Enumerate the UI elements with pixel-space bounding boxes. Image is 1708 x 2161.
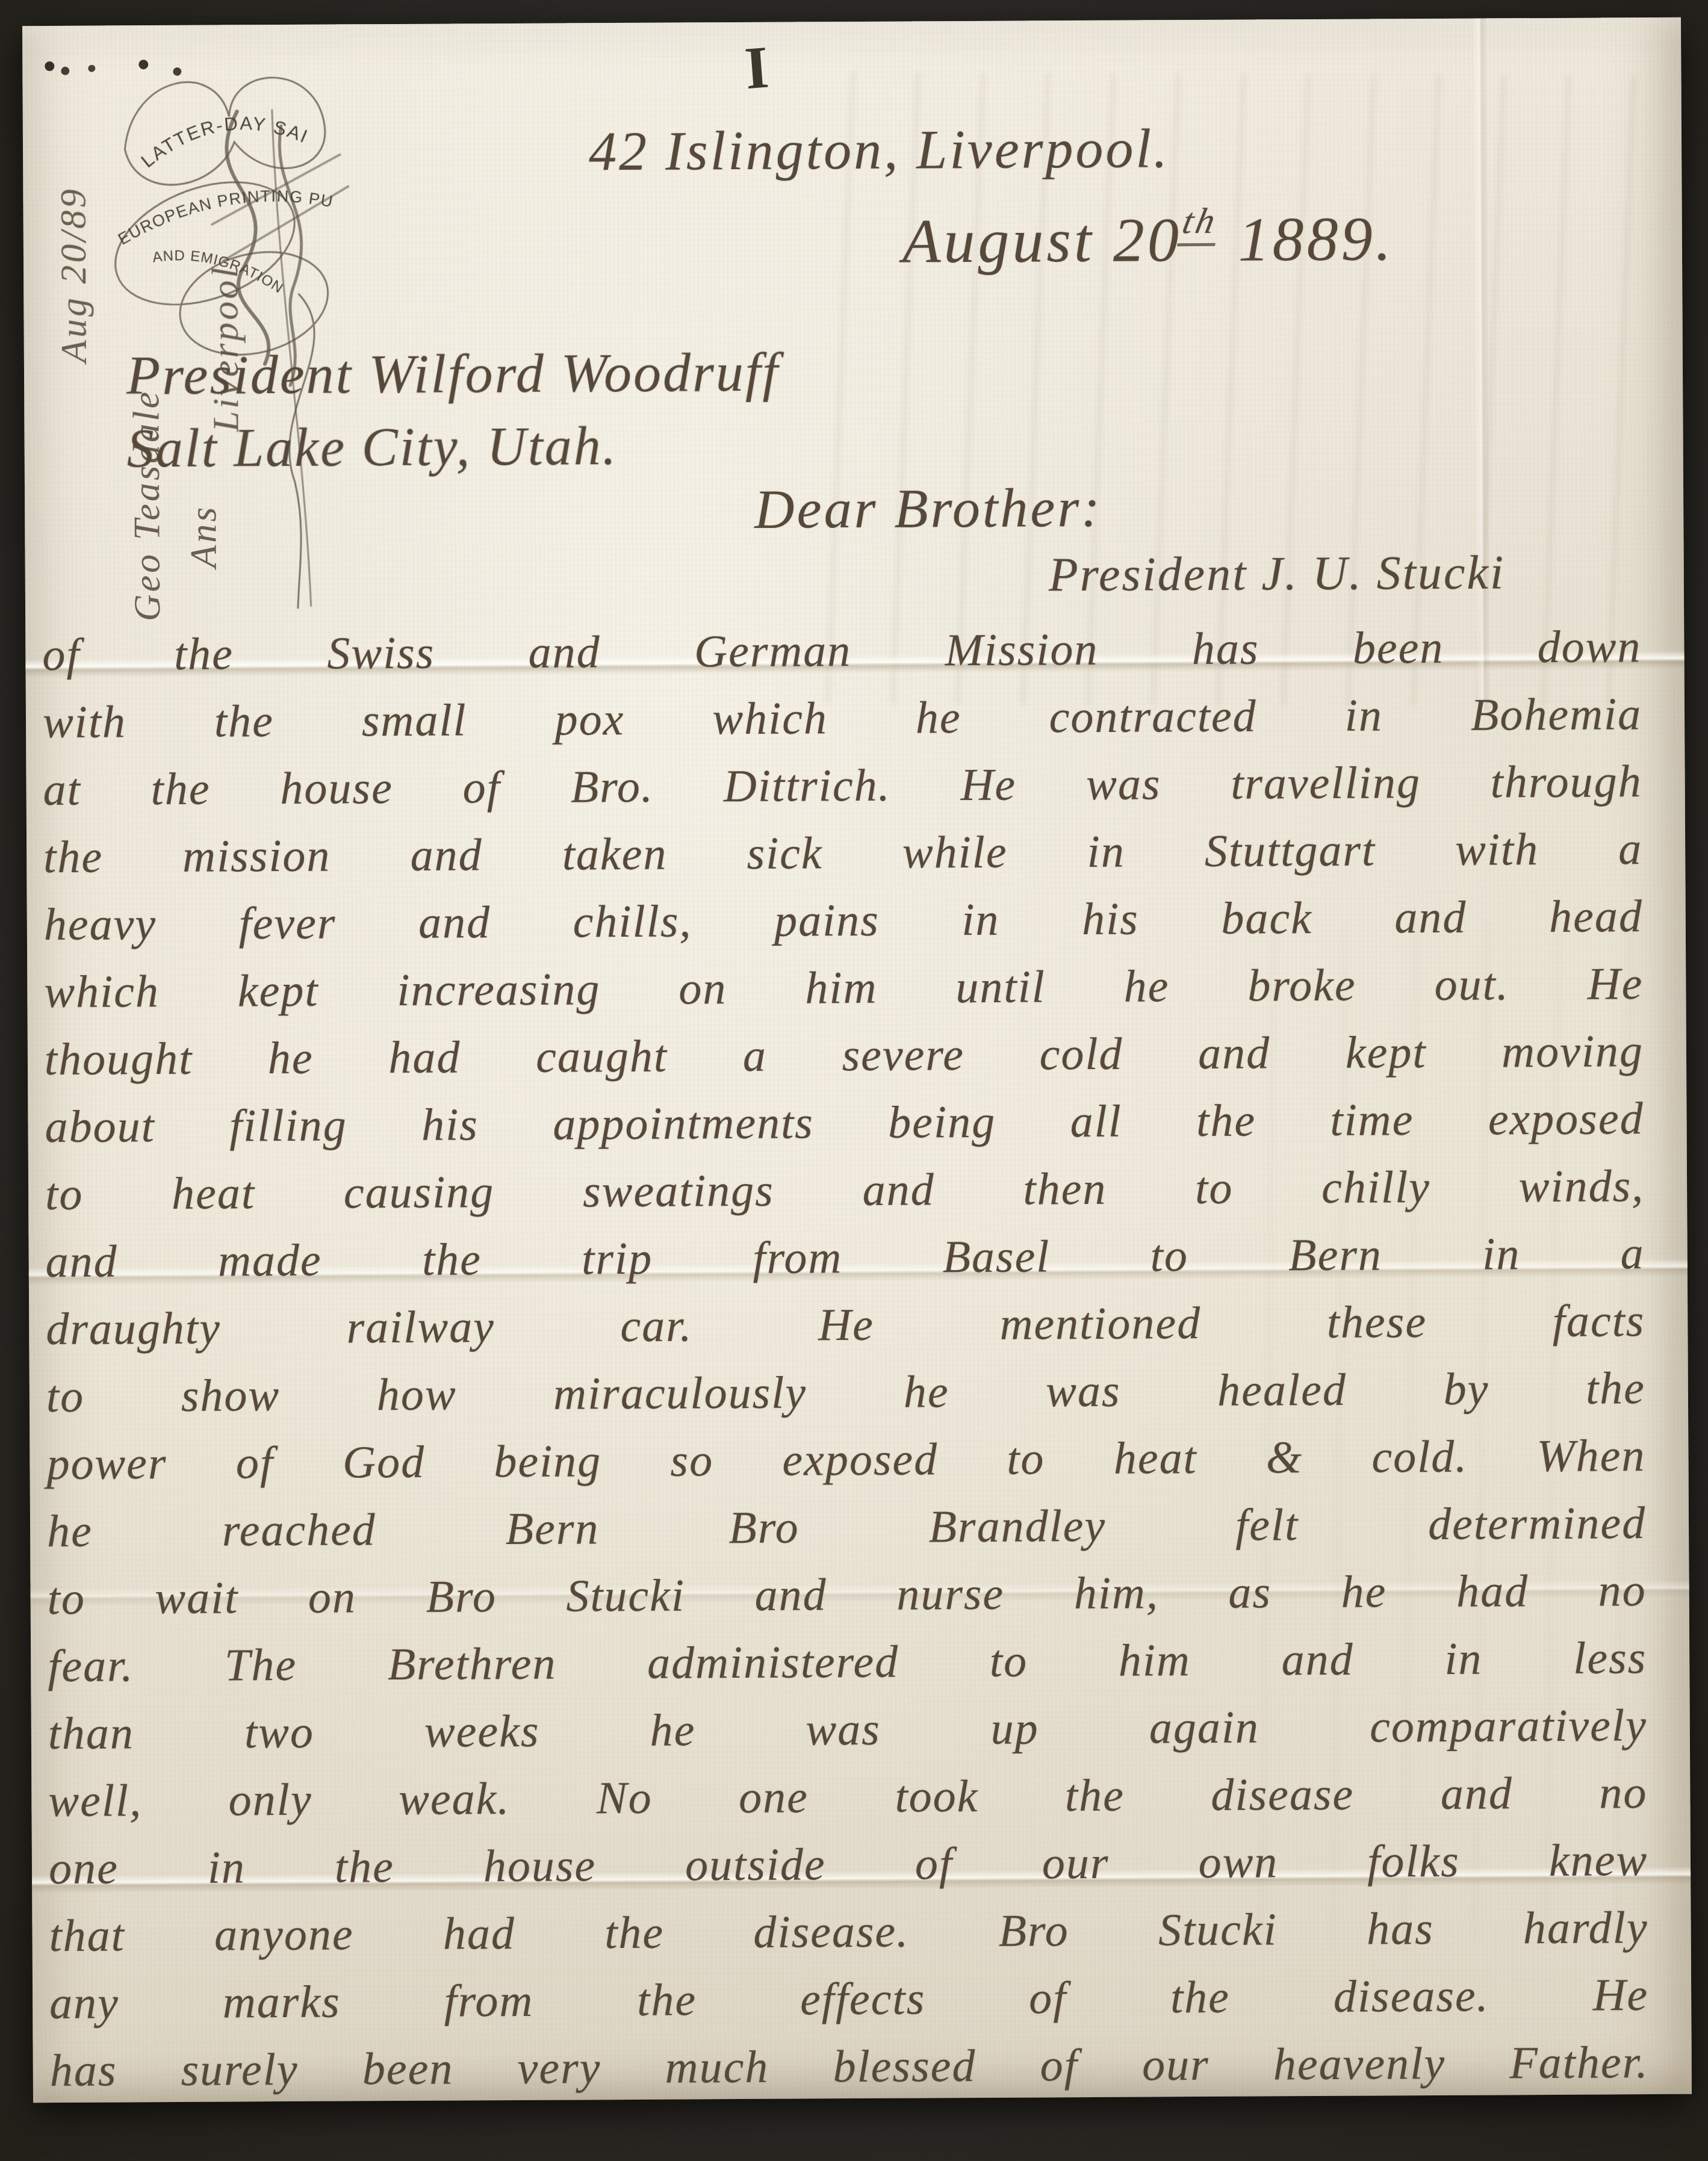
body-line: that anyone had the disease. Bro Stucki … — [49, 1902, 1648, 1962]
stamp-text-bottom: AND EMIGRATION OFFICE. — [72, 26, 287, 317]
date-line: August 20th 1889. — [902, 199, 1394, 277]
body-line: to heat causing sweatings and then to ch… — [45, 1160, 1644, 1221]
body-line: with the small pox which he contracted i… — [43, 688, 1642, 749]
body-line: thought he had caught a severe cold and … — [45, 1025, 1644, 1086]
margin-docket-line: Ans — [182, 504, 226, 568]
body-line: to wait on Bro Stucki and nurse him, as … — [47, 1564, 1646, 1625]
photo-background: I LATTER — [0, 0, 1708, 2161]
body-line: and made the trip from Basel to Bern in … — [46, 1227, 1645, 1288]
recipient-name: President Wilford Woodruff — [126, 340, 780, 408]
margin-docket: Aug 20/89 Geo Teasdale Liverpool Ans — [22, 17, 1681, 26]
dust-specks — [22, 26, 28, 32]
fold-crease-vertical — [1472, 18, 1491, 710]
body-line: to show how miraculously he was healed b… — [46, 1362, 1645, 1423]
body-line: one in the house outside of our own folk… — [49, 1834, 1648, 1895]
address-line: 42 Islington, Liverpool. — [589, 116, 1170, 183]
body-line: than two weeks he was up again comparati… — [48, 1699, 1647, 1760]
svg-text:LATTER-DAY SAINTS': LATTER-DAY SAINTS' — [72, 26, 314, 180]
body-line: any marks from the effects of the diseas… — [49, 1969, 1648, 2030]
body-line: which kept increasing on him until he br… — [44, 958, 1643, 1018]
page-number: I — [742, 32, 772, 103]
date-ordinal: th — [1177, 200, 1224, 246]
body-line: of the Swiss and German Mission has been… — [42, 621, 1641, 681]
body-line: about filling his appointments being all… — [45, 1093, 1644, 1153]
body-line: he reached Bern Bro Brandley felt determ… — [47, 1497, 1646, 1558]
body-line: fear. The Brethren administered to him a… — [48, 1632, 1647, 1693]
svg-text:AND EMIGRATION OFFICE.: AND EMIGRATION OFFICE. — [72, 26, 287, 317]
body-line: at the house of Bro. Dittrich. He was tr… — [43, 755, 1642, 816]
margin-docket-line: Aug 20/89 — [52, 187, 96, 363]
stamp-text-top: LATTER-DAY SAINTS' — [72, 26, 314, 180]
body-line: heavy fever and chills, pains in his bac… — [44, 890, 1643, 951]
salutation: Dear Brother: — [754, 476, 1102, 541]
body-line: draughty railway car. He mentioned these… — [46, 1295, 1645, 1356]
body-line: well, only weak. No one took the disease… — [48, 1767, 1647, 1828]
recipient-city: Salt Lake City, Utah. — [126, 415, 618, 480]
body-first-line: President J. U. Stucki — [1049, 545, 1506, 603]
body-line: the mission and taken sick while in Stut… — [43, 823, 1642, 884]
letter-paper: I LATTER — [22, 17, 1692, 2103]
date-day: August 20 — [902, 205, 1182, 276]
date-year: 1889. — [1238, 204, 1394, 274]
body-line: has surely been very much blessed of our… — [50, 2036, 1649, 2097]
body-line: power of God being so exposed to heat & … — [46, 1430, 1645, 1490]
